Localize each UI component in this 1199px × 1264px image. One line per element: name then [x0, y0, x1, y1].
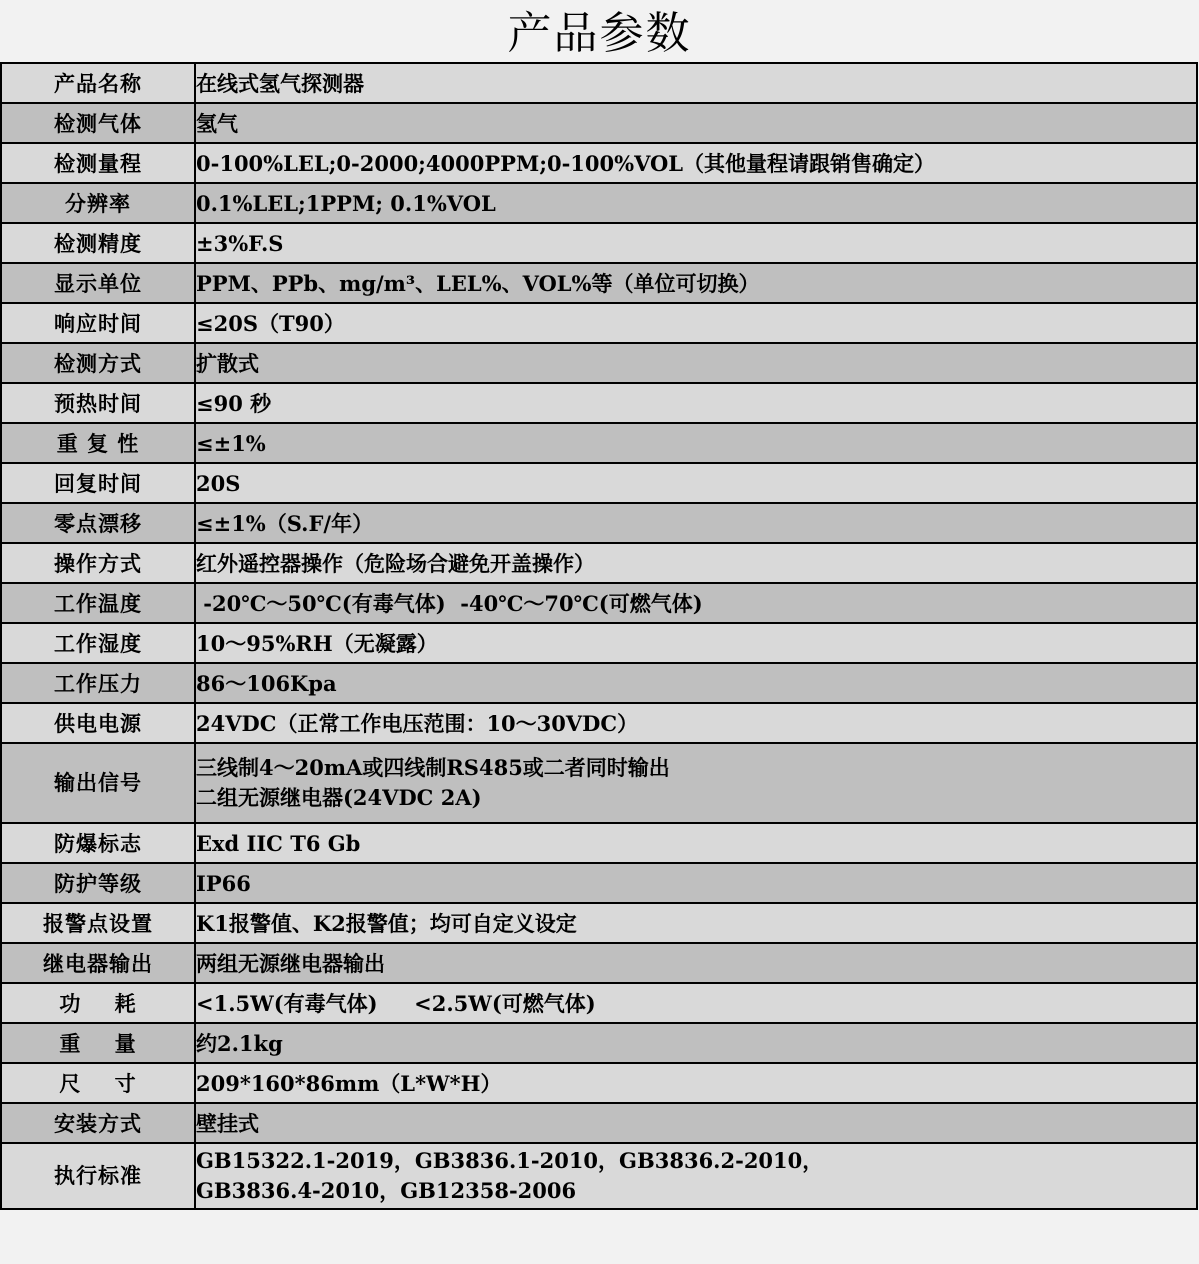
- table-row: 零点漂移≤±1%（S.F/年）: [1, 503, 1197, 543]
- table-row: 重 复 性≤±1%: [1, 423, 1197, 463]
- table-row: 供电电源24VDC（正常工作电压范围：10～30VDC）: [1, 703, 1197, 743]
- row-value: 红外遥控器操作（危险场合避免开盖操作）: [195, 543, 1197, 583]
- table-row: 显示单位PPM、PPb、mg/m³、LEL%、VOL%等（单位可切换）: [1, 263, 1197, 303]
- table-row: 工作压力86～106Kpa: [1, 663, 1197, 703]
- row-label: 防护等级: [1, 863, 195, 903]
- table-row: 检测精度±3%F.S: [1, 223, 1197, 263]
- row-value: 0.1%LEL;1PPM; 0.1%VOL: [195, 183, 1197, 223]
- row-value: ≤±1%（S.F/年）: [195, 503, 1197, 543]
- table-row: 重 量约2.1kg: [1, 1023, 1197, 1063]
- row-label: 检测方式: [1, 343, 195, 383]
- row-label: 工作温度: [1, 583, 195, 623]
- table-row: 执行标准GB15322.1-2019，GB3836.1-2010，GB3836.…: [1, 1143, 1197, 1209]
- row-value: ≤20S（T90）: [195, 303, 1197, 343]
- row-value: 三线制4～20mA或四线制RS485或二者同时输出 二组无源继电器(24VDC …: [195, 743, 1197, 823]
- row-label: 检测精度: [1, 223, 195, 263]
- table-row: 报警点设置K1报警值、K2报警值；均可自定义设定: [1, 903, 1197, 943]
- table-row: 尺 寸209*160*86mm（L*W*H）: [1, 1063, 1197, 1103]
- table-row: 检测方式扩散式: [1, 343, 1197, 383]
- row-label: 功 耗: [1, 983, 195, 1023]
- row-value: 氢气: [195, 103, 1197, 143]
- row-label: 预热时间: [1, 383, 195, 423]
- row-value: IP66: [195, 863, 1197, 903]
- table-row: 检测气体氢气: [1, 103, 1197, 143]
- row-value: 壁挂式: [195, 1103, 1197, 1143]
- row-label: 工作湿度: [1, 623, 195, 663]
- row-label: 尺 寸: [1, 1063, 195, 1103]
- row-label: 响应时间: [1, 303, 195, 343]
- row-value: ±3%F.S: [195, 223, 1197, 263]
- row-value: K1报警值、K2报警值；均可自定义设定: [195, 903, 1197, 943]
- row-label: 检测量程: [1, 143, 195, 183]
- row-value: 86～106Kpa: [195, 663, 1197, 703]
- row-label: 显示单位: [1, 263, 195, 303]
- row-value: -20℃～50℃(有毒气体) -40℃～70℃(可燃气体): [195, 583, 1197, 623]
- row-label: 报警点设置: [1, 903, 195, 943]
- table-row: 功 耗<1.5W(有毒气体) <2.5W(可燃气体): [1, 983, 1197, 1023]
- row-label: 工作压力: [1, 663, 195, 703]
- row-label: 检测气体: [1, 103, 195, 143]
- row-label: 防爆标志: [1, 823, 195, 863]
- table-row: 工作温度 -20℃～50℃(有毒气体) -40℃～70℃(可燃气体): [1, 583, 1197, 623]
- row-label: 执行标准: [1, 1143, 195, 1209]
- row-label: 安装方式: [1, 1103, 195, 1143]
- table-row: 响应时间≤20S（T90）: [1, 303, 1197, 343]
- row-label: 重 复 性: [1, 423, 195, 463]
- table-row: 预热时间≤90 秒: [1, 383, 1197, 423]
- row-value: Exd IIC T6 Gb: [195, 823, 1197, 863]
- table-row: 工作湿度10～95%RH（无凝露）: [1, 623, 1197, 663]
- row-label: 分辨率: [1, 183, 195, 223]
- row-value: GB15322.1-2019，GB3836.1-2010，GB3836.2-20…: [195, 1143, 1197, 1209]
- table-row: 分辨率0.1%LEL;1PPM; 0.1%VOL: [1, 183, 1197, 223]
- table-row: 继电器输出两组无源继电器输出: [1, 943, 1197, 983]
- row-value: 10～95%RH（无凝露）: [195, 623, 1197, 663]
- row-label: 继电器输出: [1, 943, 195, 983]
- table-row: 防护等级IP66: [1, 863, 1197, 903]
- table-row: 回复时间20S: [1, 463, 1197, 503]
- row-value: 209*160*86mm（L*W*H）: [195, 1063, 1197, 1103]
- row-label: 供电电源: [1, 703, 195, 743]
- row-label: 重 量: [1, 1023, 195, 1063]
- row-value: ≤90 秒: [195, 383, 1197, 423]
- product-spec-table: 产品名称在线式氢气探测器 检测气体氢气 检测量程0-100%LEL;0-2000…: [0, 62, 1198, 1210]
- row-label: 操作方式: [1, 543, 195, 583]
- table-row: 输出信号三线制4～20mA或四线制RS485或二者同时输出 二组无源继电器(24…: [1, 743, 1197, 823]
- table-row: 安装方式壁挂式: [1, 1103, 1197, 1143]
- table-row: 操作方式红外遥控器操作（危险场合避免开盖操作）: [1, 543, 1197, 583]
- row-label: 输出信号: [1, 743, 195, 823]
- table-row: 产品名称在线式氢气探测器: [1, 63, 1197, 103]
- row-value: 约2.1kg: [195, 1023, 1197, 1063]
- row-value: <1.5W(有毒气体) <2.5W(可燃气体): [195, 983, 1197, 1023]
- row-label: 零点漂移: [1, 503, 195, 543]
- row-value: 0-100%LEL;0-2000;4000PPM;0-100%VOL（其他量程请…: [195, 143, 1197, 183]
- table-row: 防爆标志Exd IIC T6 Gb: [1, 823, 1197, 863]
- row-value: 扩散式: [195, 343, 1197, 383]
- row-value: 在线式氢气探测器: [195, 63, 1197, 103]
- row-label: 回复时间: [1, 463, 195, 503]
- table-row: 检测量程0-100%LEL;0-2000;4000PPM;0-100%VOL（其…: [1, 143, 1197, 183]
- row-label: 产品名称: [1, 63, 195, 103]
- page-title: 产品参数: [0, 0, 1199, 62]
- row-value: 24VDC（正常工作电压范围：10～30VDC）: [195, 703, 1197, 743]
- row-value: 两组无源继电器输出: [195, 943, 1197, 983]
- row-value: ≤±1%: [195, 423, 1197, 463]
- row-value: PPM、PPb、mg/m³、LEL%、VOL%等（单位可切换）: [195, 263, 1197, 303]
- row-value: 20S: [195, 463, 1197, 503]
